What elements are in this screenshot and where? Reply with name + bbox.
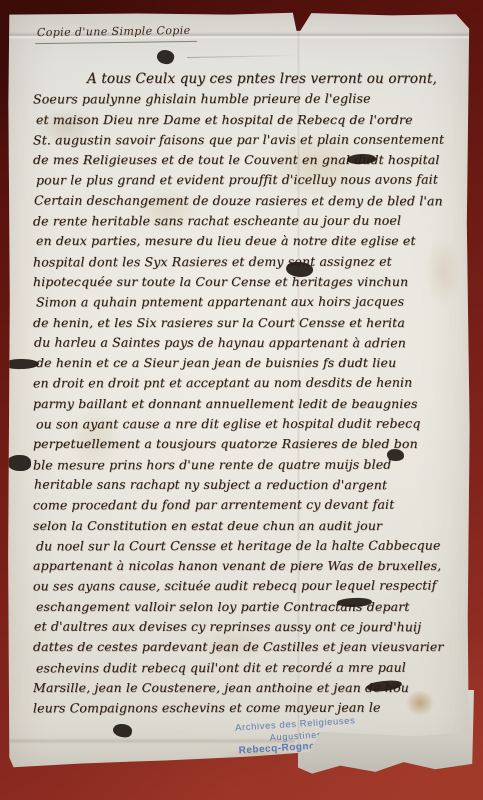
- manuscript-body: A tous Ceulx quy ces pntes lres verront …: [33, 69, 465, 725]
- manuscript-line: de henin et ce a Sieur jean jean de buis…: [33, 353, 465, 373]
- manuscript-line: en deux parties, mesure du lieu deue à n…: [33, 231, 465, 251]
- manuscript-line: ble mesure prins hors d'une rente de qua…: [33, 454, 465, 475]
- manuscript-line: Marsille, jean le Coustenere, jean antho…: [33, 678, 465, 698]
- manuscript-line: de rente heritable sans rachat escheante…: [33, 211, 465, 232]
- manuscript-line: pour le plus grand et evident prouffit d…: [33, 170, 465, 191]
- manuscript-line: heritable sans rachapt ny subject a redu…: [33, 475, 465, 496]
- manuscript-page: Copie d'une Simple Copie A tous Ceulx qu…: [7, 12, 471, 768]
- manuscript-line: selon la Constitution en estat deue chun…: [33, 516, 465, 536]
- ink-blot: [155, 48, 175, 67]
- manuscript-line: A tous Ceulx quy ces pntes lres verront …: [33, 69, 465, 89]
- manuscript-line: eschangement valloir selon loy partie Co…: [33, 597, 465, 617]
- manuscript-line: en droit en droit pnt et acceptant au no…: [33, 373, 465, 394]
- stamp-ink-fragment: [257, 773, 313, 778]
- stain: [222, 747, 302, 765]
- ink-blot: [7, 455, 31, 471]
- manuscript-line: et d'aultres aux devises cy reprinses au…: [33, 617, 465, 638]
- manuscript-line: eschevins dudit rebecq quil'ont dit et r…: [33, 657, 465, 678]
- manuscript-line: parmy baillant et donnant annuellement l…: [33, 394, 465, 414]
- manuscript-line: du noel sur la Court Censse et heritage …: [33, 535, 465, 556]
- manuscript-line: dattes de cestes pardevant jean de Casti…: [33, 637, 465, 657]
- manuscript-line: hipotecquée sur toute la Cour Cense et h…: [33, 272, 465, 292]
- manuscript-line: come procedant du fond par arrentement c…: [33, 495, 465, 516]
- header-annotation: Copie d'une Simple Copie: [35, 24, 197, 44]
- manuscript-line: et maison Dieu nre Dame et hospital de R…: [33, 110, 465, 130]
- manuscript-line: St. augustin savoir faisons que par l'av…: [33, 129, 465, 150]
- manuscript-line: ou son ayant cause a nre dit eglise et h…: [33, 414, 465, 435]
- photo-background: Copie d'une Simple Copie A tous Ceulx qu…: [0, 0, 483, 800]
- header-underline-flourish: [187, 55, 297, 58]
- manuscript-line: de mes Religieuses et de tout le Couvent…: [33, 150, 465, 170]
- manuscript-line: perpetuellement a tousjours quatorze Ras…: [33, 434, 465, 454]
- manuscript-line: Simon a quhain pntement appartenant aux …: [33, 292, 465, 313]
- manuscript-line: hospital dont les Syx Rasieres et demy s…: [33, 251, 465, 272]
- manuscript-line: ou ses ayans cause, scituée audit rebecq…: [33, 576, 465, 597]
- manuscript-line: Soeurs paulynne ghislain humble prieure …: [33, 89, 465, 110]
- manuscript-line: du harleu a Saintes pays de haynau appar…: [33, 332, 465, 353]
- manuscript-line: Certain deschangement de douze rasieres …: [33, 190, 465, 211]
- manuscript-line: de henin, et les Six rasieres sur la Cou…: [33, 313, 465, 333]
- fold-crease-bottom: [7, 738, 295, 744]
- manuscript-line: appartenant à nicolas hanon venant de pi…: [33, 556, 465, 576]
- manuscript-line: leurs Compaignons eschevins et come maye…: [33, 698, 465, 719]
